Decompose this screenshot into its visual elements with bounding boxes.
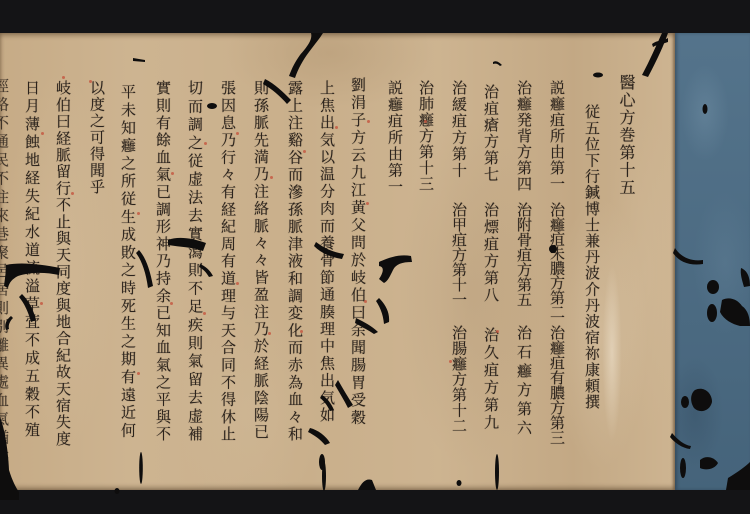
red-annotation-dot bbox=[268, 332, 271, 335]
red-annotation-dot bbox=[62, 76, 65, 79]
red-annotation-dot bbox=[170, 302, 173, 305]
red-annotation-dot bbox=[335, 126, 338, 129]
red-annotation-dot bbox=[364, 300, 367, 303]
blue-mounting-paper bbox=[675, 33, 750, 490]
red-annotation-dot bbox=[270, 176, 273, 179]
red-annotation-dot bbox=[366, 202, 369, 205]
red-annotation-dot bbox=[204, 142, 207, 145]
red-annotation-dot bbox=[137, 372, 140, 375]
scroll-left-edge: 徑路不通民不往來巷聚邑居則別離異處血氣猶然 bbox=[0, 33, 675, 490]
red-annotation-dot bbox=[203, 312, 206, 315]
red-annotation-dot bbox=[303, 150, 306, 153]
red-annotation-dot bbox=[496, 330, 499, 333]
red-annotation-dot bbox=[449, 360, 452, 363]
red-annotation-dot bbox=[236, 282, 239, 285]
red-annotation-dot bbox=[300, 330, 303, 333]
red-annotation-dot bbox=[137, 212, 140, 215]
partial-text-column: 徑路不通民不往來巷聚邑居則別離異處血氣猶然 bbox=[0, 78, 11, 467]
red-annotation-dot bbox=[236, 132, 239, 135]
red-annotation-dot bbox=[336, 255, 339, 258]
red-annotation-dot bbox=[71, 192, 74, 195]
red-annotation-dot bbox=[171, 172, 174, 175]
red-annotation-dot bbox=[89, 80, 92, 83]
red-annotation-dot bbox=[424, 120, 427, 123]
red-annotation-dot bbox=[367, 120, 370, 123]
red-annotation-dot bbox=[40, 302, 43, 305]
red-annotation-dot bbox=[41, 132, 44, 135]
